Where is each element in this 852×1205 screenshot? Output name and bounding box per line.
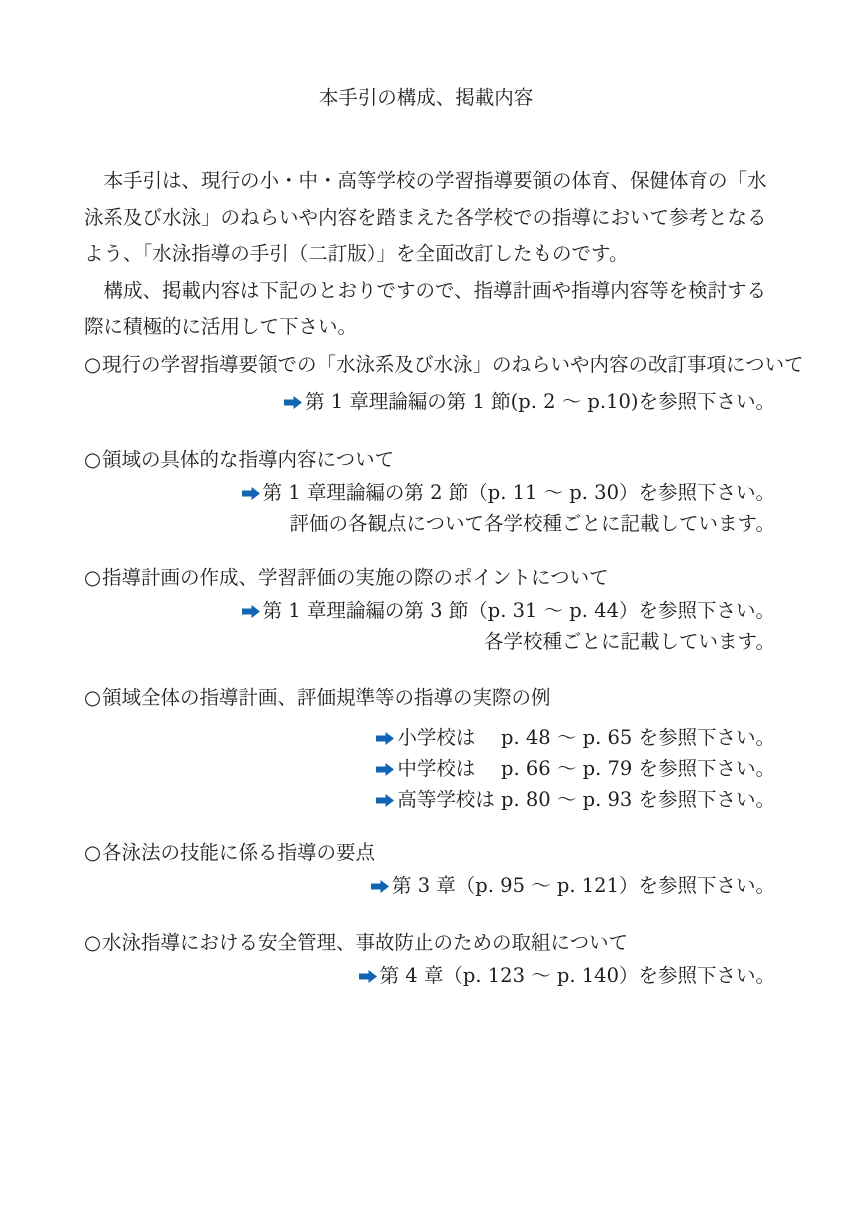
reference-line: 第 4 章（p. 123 ～ p. 140）を参照下さい。 [84, 960, 775, 991]
section-heading-text: 領域全体の指導計画、評価規準等の指導の実際の例 [102, 686, 551, 709]
section-stroke-skills: ○各泳法の技能に係る指導の要点 第 3 章（p. 95 ～ p. 121）を参照… [84, 837, 775, 901]
reference-text: 中学校は p. 66 ～ p. 79 を参照下さい。 [397, 757, 775, 780]
intro-line: 本手引は、現行の小・中・高等学校の学習指導要領の体育、保健体育の「水 [84, 163, 784, 200]
section-references: 第 3 章（p. 95 ～ p. 121）を参照下さい。 [84, 870, 775, 901]
circle-bullet-icon: ○ [84, 841, 101, 864]
section-heading-text: 現行の学習指導要領での「水泳系及び水泳」のねらいや内容の改訂事項について [102, 353, 804, 376]
arrow-right-icon [284, 396, 302, 409]
reference-line: 第 1 章理論編の第 1 節(p. 2 ～ p.10)を参照下さい。 [84, 386, 775, 417]
reference-text: 第 3 章（p. 95 ～ p. 121）を参照下さい。 [392, 874, 775, 897]
arrow-right-icon [376, 794, 394, 807]
section-practice-examples: ○領域全体の指導計画、評価規準等の指導の実際の例 小学校は p. 48 ～ p.… [84, 682, 775, 815]
section-heading: ○各泳法の技能に係る指導の要点 [84, 837, 775, 869]
section-heading-text: 水泳指導における安全管理、事故防止のための取組について [102, 931, 628, 954]
reference-line-high-school: 高等学校は p. 80 ～ p. 93 を参照下さい。 [84, 784, 775, 815]
reference-line-junior-high: 中学校は p. 66 ～ p. 79 を参照下さい。 [84, 753, 775, 784]
section-heading: ○現行の学習指導要領での「水泳系及び水泳」のねらいや内容の改訂事項について [84, 349, 775, 381]
section-heading-text: 各泳法の技能に係る指導の要点 [102, 841, 375, 864]
circle-bullet-icon: ○ [84, 686, 101, 709]
intro-line: 際に積極的に活用して下さい。 [84, 309, 784, 346]
section-references: 第 4 章（p. 123 ～ p. 140）を参照下さい。 [84, 960, 775, 991]
reference-note: 各学校種ごとに記載しています。 [84, 626, 775, 657]
arrow-right-icon [359, 970, 377, 983]
section-heading: ○領域の具体的な指導内容について [84, 444, 775, 476]
page-title: 本手引の構成、掲載内容 [0, 84, 852, 112]
arrow-right-icon [242, 605, 260, 618]
section-references: 小学校は p. 48 ～ p. 65 を参照下さい。 中学校は p. 66 ～ … [84, 722, 775, 815]
section-references: 第 1 章理論編の第 2 節（p. 11 ～ p. 30）を参照下さい。 評価の… [84, 477, 775, 539]
section-heading: ○水泳指導における安全管理、事故防止のための取組について [84, 927, 775, 959]
reference-text: 高等学校は p. 80 ～ p. 93 を参照下さい。 [397, 788, 775, 811]
intro-line: 泳系及び水泳」のねらいや内容を踏まえた各学校での指導において参考となる [84, 200, 784, 237]
intro-paragraphs: 本手引は、現行の小・中・高等学校の学習指導要領の体育、保健体育の「水 泳系及び水… [84, 163, 784, 346]
circle-bullet-icon: ○ [84, 448, 101, 471]
section-heading-text: 領域の具体的な指導内容について [102, 448, 394, 471]
reference-line: 第 1 章理論編の第 2 節（p. 11 ～ p. 30）を参照下さい。 [84, 477, 775, 508]
reference-text: 第 1 章理論編の第 2 節（p. 11 ～ p. 30）を参照下さい。 [263, 481, 775, 504]
reference-text: 第 4 章（p. 123 ～ p. 140）を参照下さい。 [380, 964, 775, 987]
intro-line: よう、「水泳指導の手引（二訂版）」を全面改訂したものです。 [84, 236, 784, 273]
reference-line-elementary: 小学校は p. 48 ～ p. 65 を参照下さい。 [84, 722, 775, 753]
reference-line: 第 3 章（p. 95 ～ p. 121）を参照下さい。 [84, 870, 775, 901]
arrow-right-icon [242, 487, 260, 500]
reference-note: 評価の各観点について各学校種ごとに記載しています。 [84, 508, 775, 539]
reference-text: 第 1 章理論編の第 3 節（p. 31 ～ p. 44）を参照下さい。 [263, 599, 775, 622]
reference-text: 第 1 章理論編の第 1 節(p. 2 ～ p.10)を参照下さい。 [305, 390, 775, 413]
reference-text: 小学校は p. 48 ～ p. 65 を参照下さい。 [397, 726, 775, 749]
arrow-right-icon [376, 763, 394, 776]
circle-bullet-icon: ○ [84, 931, 101, 954]
arrow-right-icon [371, 880, 389, 893]
section-teaching-content: ○領域の具体的な指導内容について 第 1 章理論編の第 2 節（p. 11 ～ … [84, 444, 775, 539]
section-references: 第 1 章理論編の第 1 節(p. 2 ～ p.10)を参照下さい。 [84, 386, 775, 417]
section-planning-evaluation: ○指導計画の作成、学習評価の実施の際のポイントについて 第 1 章理論編の第 3… [84, 562, 775, 657]
section-references: 第 1 章理論編の第 3 節（p. 31 ～ p. 44）を参照下さい。 各学校… [84, 595, 775, 657]
intro-line: 構成、掲載内容は下記のとおりですので、指導計画や指導内容等を検討する [84, 273, 784, 310]
arrow-right-icon [376, 732, 394, 745]
reference-line: 第 1 章理論編の第 3 節（p. 31 ～ p. 44）を参照下さい。 [84, 595, 775, 626]
section-heading: ○領域全体の指導計画、評価規準等の指導の実際の例 [84, 682, 775, 714]
section-heading-text: 指導計画の作成、学習評価の実施の際のポイントについて [102, 566, 609, 589]
section-safety-management: ○水泳指導における安全管理、事故防止のための取組について 第 4 章（p. 12… [84, 927, 775, 991]
circle-bullet-icon: ○ [84, 566, 101, 589]
circle-bullet-icon: ○ [84, 353, 101, 376]
section-revision-items: ○現行の学習指導要領での「水泳系及び水泳」のねらいや内容の改訂事項について 第 … [84, 349, 775, 417]
document-page: 本手引の構成、掲載内容 本手引は、現行の小・中・高等学校の学習指導要領の体育、保… [0, 0, 852, 1205]
section-heading: ○指導計画の作成、学習評価の実施の際のポイントについて [84, 562, 775, 594]
